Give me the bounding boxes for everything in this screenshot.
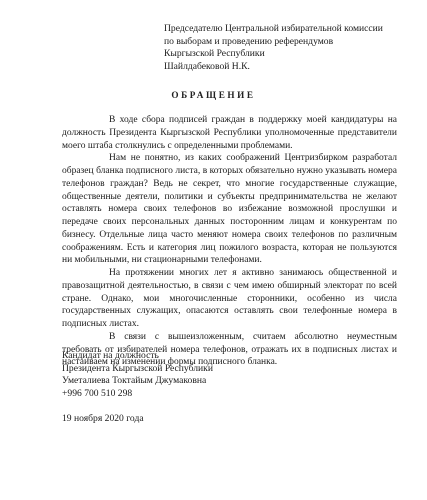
signature-line: Уметалиева Токтайым Джумаковна xyxy=(62,375,213,388)
signature-phone: +996 700 510 298 xyxy=(62,388,213,401)
document-date: 19 ноября 2020 года xyxy=(62,413,144,424)
signature-line: Кандидат на должность xyxy=(62,350,213,363)
body-paragraph: Нам не понятно, из каких соображений Цен… xyxy=(62,152,397,267)
addressee-block: Председателю Центральной избирательной к… xyxy=(164,23,383,73)
document-title: ОБРАЩЕНИЕ xyxy=(0,90,427,100)
signature-block: Кандидат на должность Президента Кыргызс… xyxy=(62,350,213,400)
document-body: В ходе сбора подписей граждан в поддержк… xyxy=(62,114,397,369)
body-paragraph: На протяжении многих лет я активно заним… xyxy=(62,267,397,331)
addressee-line: Шайлдабековой Н.К. xyxy=(164,61,383,74)
signature-line: Президента Кыргызской Республики xyxy=(62,363,213,376)
body-paragraph: В ходе сбора подписей граждан в поддержк… xyxy=(62,114,397,152)
addressee-line: Кыргызской Республики xyxy=(164,48,383,61)
addressee-line: Председателю Центральной избирательной к… xyxy=(164,23,383,36)
addressee-line: по выборам и проведению референдумов xyxy=(164,36,383,49)
